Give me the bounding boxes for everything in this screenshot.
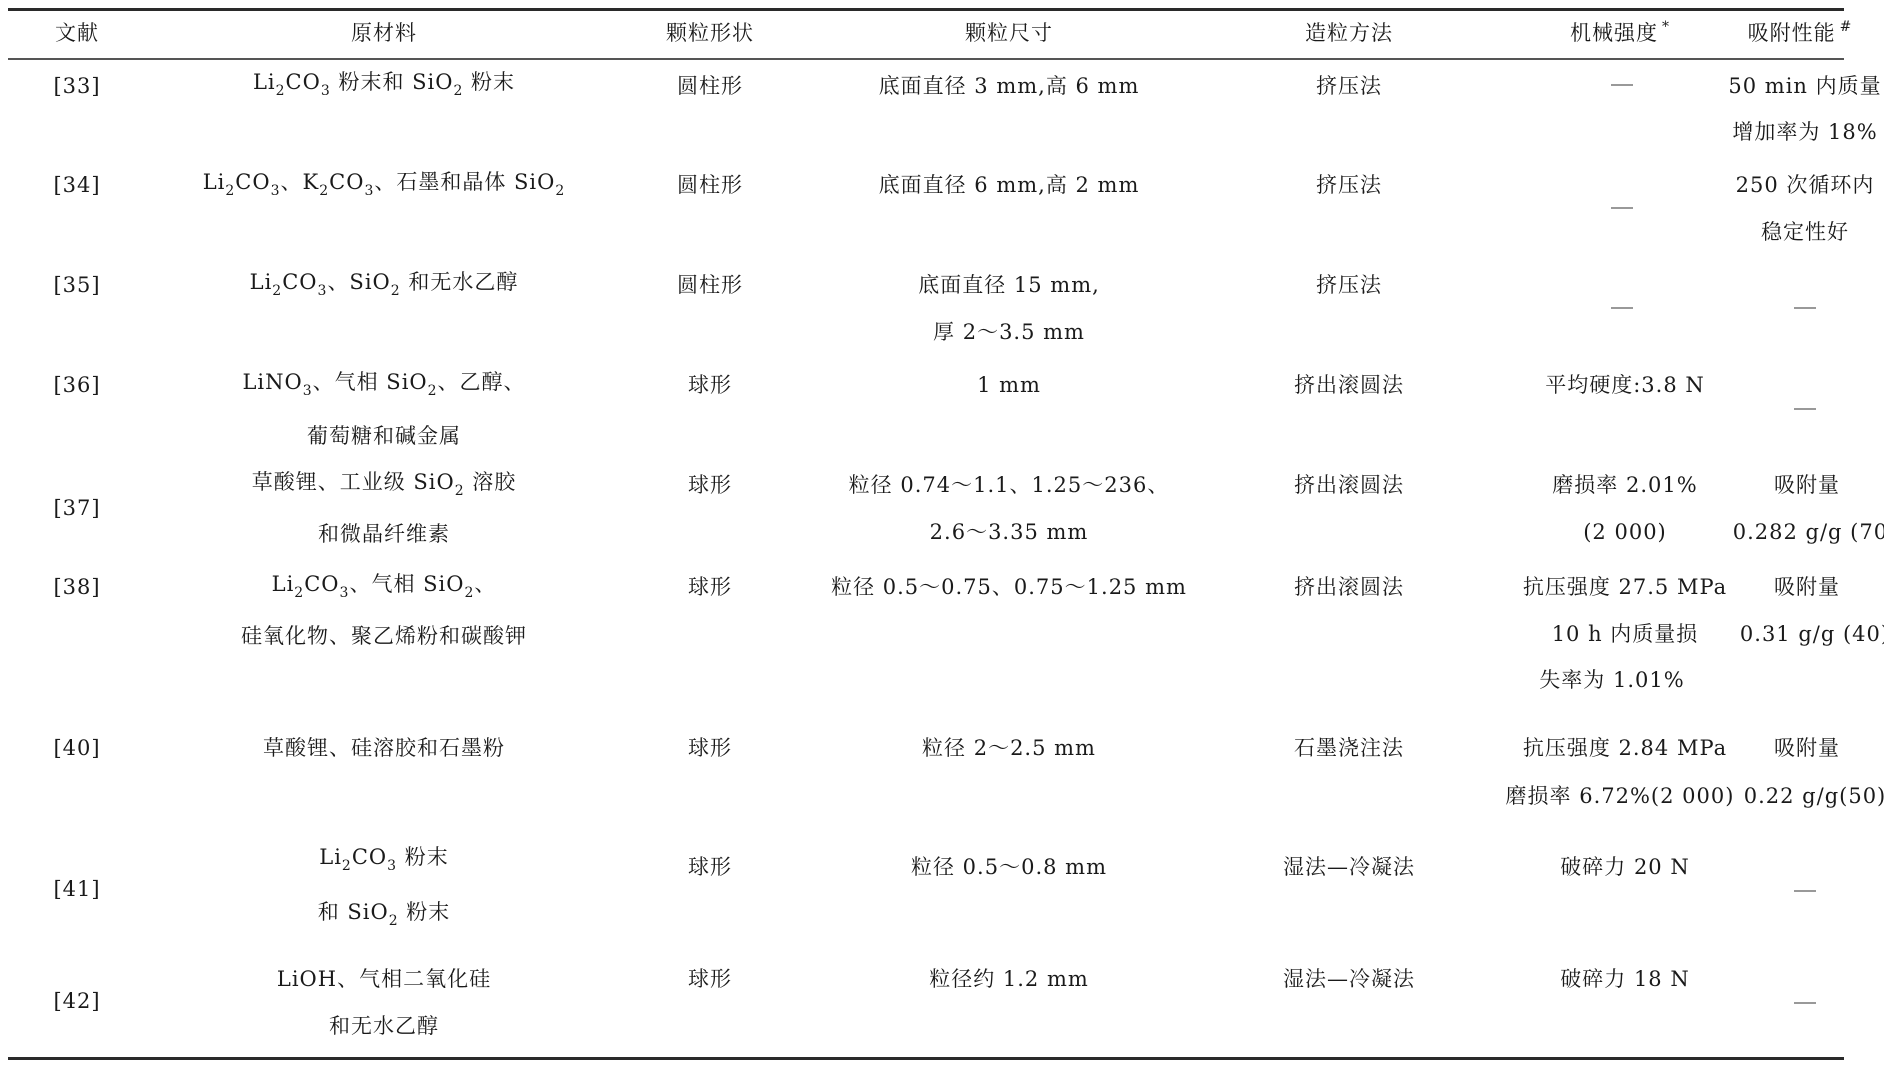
strength-cell: 破碎力 20 N [1560, 855, 1689, 879]
method-cell: 挤压法 [1316, 273, 1382, 297]
ref-cell: [36] [53, 373, 100, 397]
strength-cell: 破碎力 18 N [1560, 967, 1689, 991]
ref-cell: [33] [53, 74, 100, 98]
method-cell: 挤出滚圆法 [1294, 373, 1404, 397]
adsorption-cell-line2: 稳定性好 [1761, 220, 1849, 244]
adsorption-cell-line1: 吸附量 [1774, 736, 1840, 760]
shape-cell: 球形 [688, 855, 732, 879]
material-cell-line1: Li2CO3 粉末 [319, 845, 449, 869]
header-strength-label: 机械强度 [1570, 21, 1658, 45]
bottom-rule [8, 1057, 1844, 1060]
adsorption-cell-line2: 0.22 g/g(50) [1744, 784, 1884, 808]
shape-cell: 圆柱形 [677, 74, 743, 98]
method-cell: 挤出滚圆法 [1294, 575, 1404, 599]
material-cell-line1: LiOH、气相二氧化硅 [277, 967, 491, 991]
method-cell: 湿法—冷凝法 [1283, 855, 1415, 879]
material-cell-line2: 硅氧化物、聚乙烯粉和碳酸钾 [241, 624, 527, 648]
header-strength-mark: * [1662, 19, 1670, 35]
adsorption-cell-line2: 增加率为 18% [1732, 120, 1877, 144]
header-adsorption-mark: # [1840, 19, 1853, 35]
material-cell-line1: 草酸锂、工业级 SiO2 溶胶 [252, 470, 517, 494]
strength-cell-line2: 磨损率 6.72%(2 000) [1506, 784, 1735, 808]
strength-empty-dash [1611, 84, 1633, 86]
shape-cell: 球形 [688, 736, 732, 760]
material-cell-line2: 和 SiO2 粉末 [318, 900, 451, 924]
adsorption-cell-line2: 0.31 g/g (40) [1740, 622, 1884, 646]
ref-cell: [42] [53, 989, 100, 1013]
ref-cell: [38] [53, 575, 100, 599]
ref-cell: [34] [53, 173, 100, 197]
strength-empty-dash [1611, 207, 1633, 209]
method-cell: 挤压法 [1316, 74, 1382, 98]
method-cell: 挤压法 [1316, 173, 1382, 197]
method-cell: 石墨浇注法 [1294, 736, 1404, 760]
adsorption-cell-line2: 0.282 g/g (70) [1733, 520, 1884, 544]
strength-empty-dash [1611, 307, 1633, 309]
header-size: 颗粒尺寸 [965, 21, 1053, 45]
header-material: 原材料 [351, 21, 417, 45]
strength-cell-line1: 抗压强度 27.5 MPa [1523, 575, 1727, 599]
method-cell: 挤出滚圆法 [1294, 473, 1404, 497]
adsorption-empty-dash [1794, 1002, 1816, 1004]
top-rule [8, 8, 1844, 11]
material-cell-line2: 和无水乙醇 [329, 1014, 439, 1038]
shape-cell: 球形 [688, 967, 732, 991]
strength-cell-line1: 磨损率 2.01% [1552, 473, 1697, 497]
shape-cell: 球形 [688, 373, 732, 397]
adsorption-empty-dash [1794, 307, 1816, 309]
strength-cell-line2: 10 h 内质量损 [1552, 622, 1699, 646]
size-cell: 粒径 0.5～0.75、0.75～1.25 mm [831, 575, 1187, 599]
shape-cell: 球形 [688, 473, 732, 497]
adsorption-cell-line1: 250 次循环内 [1736, 173, 1875, 197]
ref-cell: [35] [53, 273, 100, 297]
size-cell-line2: 厚 2～3.5 mm [933, 320, 1085, 344]
header-method: 造粒方法 [1305, 21, 1393, 45]
adsorption-empty-dash [1794, 890, 1816, 892]
shape-cell: 圆柱形 [677, 273, 743, 297]
header-strength: 机械强度* [1570, 21, 1670, 48]
strength-cell: 平均硬度:3.8 N [1545, 373, 1705, 397]
adsorption-empty-dash [1794, 408, 1816, 410]
material-cell-line2: 和微晶纤维素 [318, 522, 450, 546]
material-cell: Li2CO3、K2CO3、石墨和晶体 SiO2 [203, 170, 566, 194]
header-adsorption: 吸附性能# [1748, 21, 1853, 48]
header-adsorption-label: 吸附性能 [1748, 21, 1836, 45]
material-cell: Li2CO3、SiO2 和无水乙醇 [250, 270, 519, 294]
ref-cell: [41] [53, 877, 100, 901]
shape-cell: 圆柱形 [677, 173, 743, 197]
material-cell: 草酸锂、硅溶胶和石墨粉 [263, 736, 505, 760]
size-cell: 粒径 2～2.5 mm [922, 736, 1096, 760]
size-cell-line1: 粒径 0.74～1.1、1.25～236、 [849, 473, 1170, 497]
adsorption-cell-line1: 50 min 内质量 [1728, 74, 1881, 98]
size-cell: 1 mm [977, 373, 1041, 397]
shape-cell: 球形 [688, 575, 732, 599]
adsorption-cell-line1: 吸附量 [1774, 575, 1840, 599]
strength-cell-line3: 失率为 1.01% [1539, 668, 1684, 692]
size-cell: 粒径 0.5～0.8 mm [911, 855, 1107, 879]
material-cell: Li2CO3 粉末和 SiO2 粉末 [253, 70, 515, 94]
size-cell: 粒径约 1.2 mm [929, 967, 1089, 991]
method-cell: 湿法—冷凝法 [1283, 967, 1415, 991]
ref-cell: [37] [53, 496, 100, 520]
strength-cell-line2: (2 000) [1583, 520, 1667, 544]
material-cell-line1: Li2CO3、气相 SiO2、 [272, 572, 497, 596]
strength-cell-line1: 抗压强度 2.84 MPa [1523, 736, 1727, 760]
header-shape: 颗粒形状 [666, 21, 754, 45]
header-rule [8, 58, 1844, 60]
ref-cell: [40] [53, 736, 100, 760]
size-cell: 底面直径 3 mm,高 6 mm [879, 74, 1140, 98]
size-cell-line1: 底面直径 15 mm, [918, 273, 1100, 297]
header-ref: 文献 [55, 21, 99, 45]
adsorption-cell-line1: 吸附量 [1774, 473, 1840, 497]
size-cell: 底面直径 6 mm,高 2 mm [879, 173, 1140, 197]
material-cell-line2: 葡萄糖和碱金属 [307, 424, 461, 448]
material-cell-line1: LiNO3、气相 SiO2、乙醇、 [242, 370, 525, 394]
size-cell-line2: 2.6～3.35 mm [930, 520, 1089, 544]
